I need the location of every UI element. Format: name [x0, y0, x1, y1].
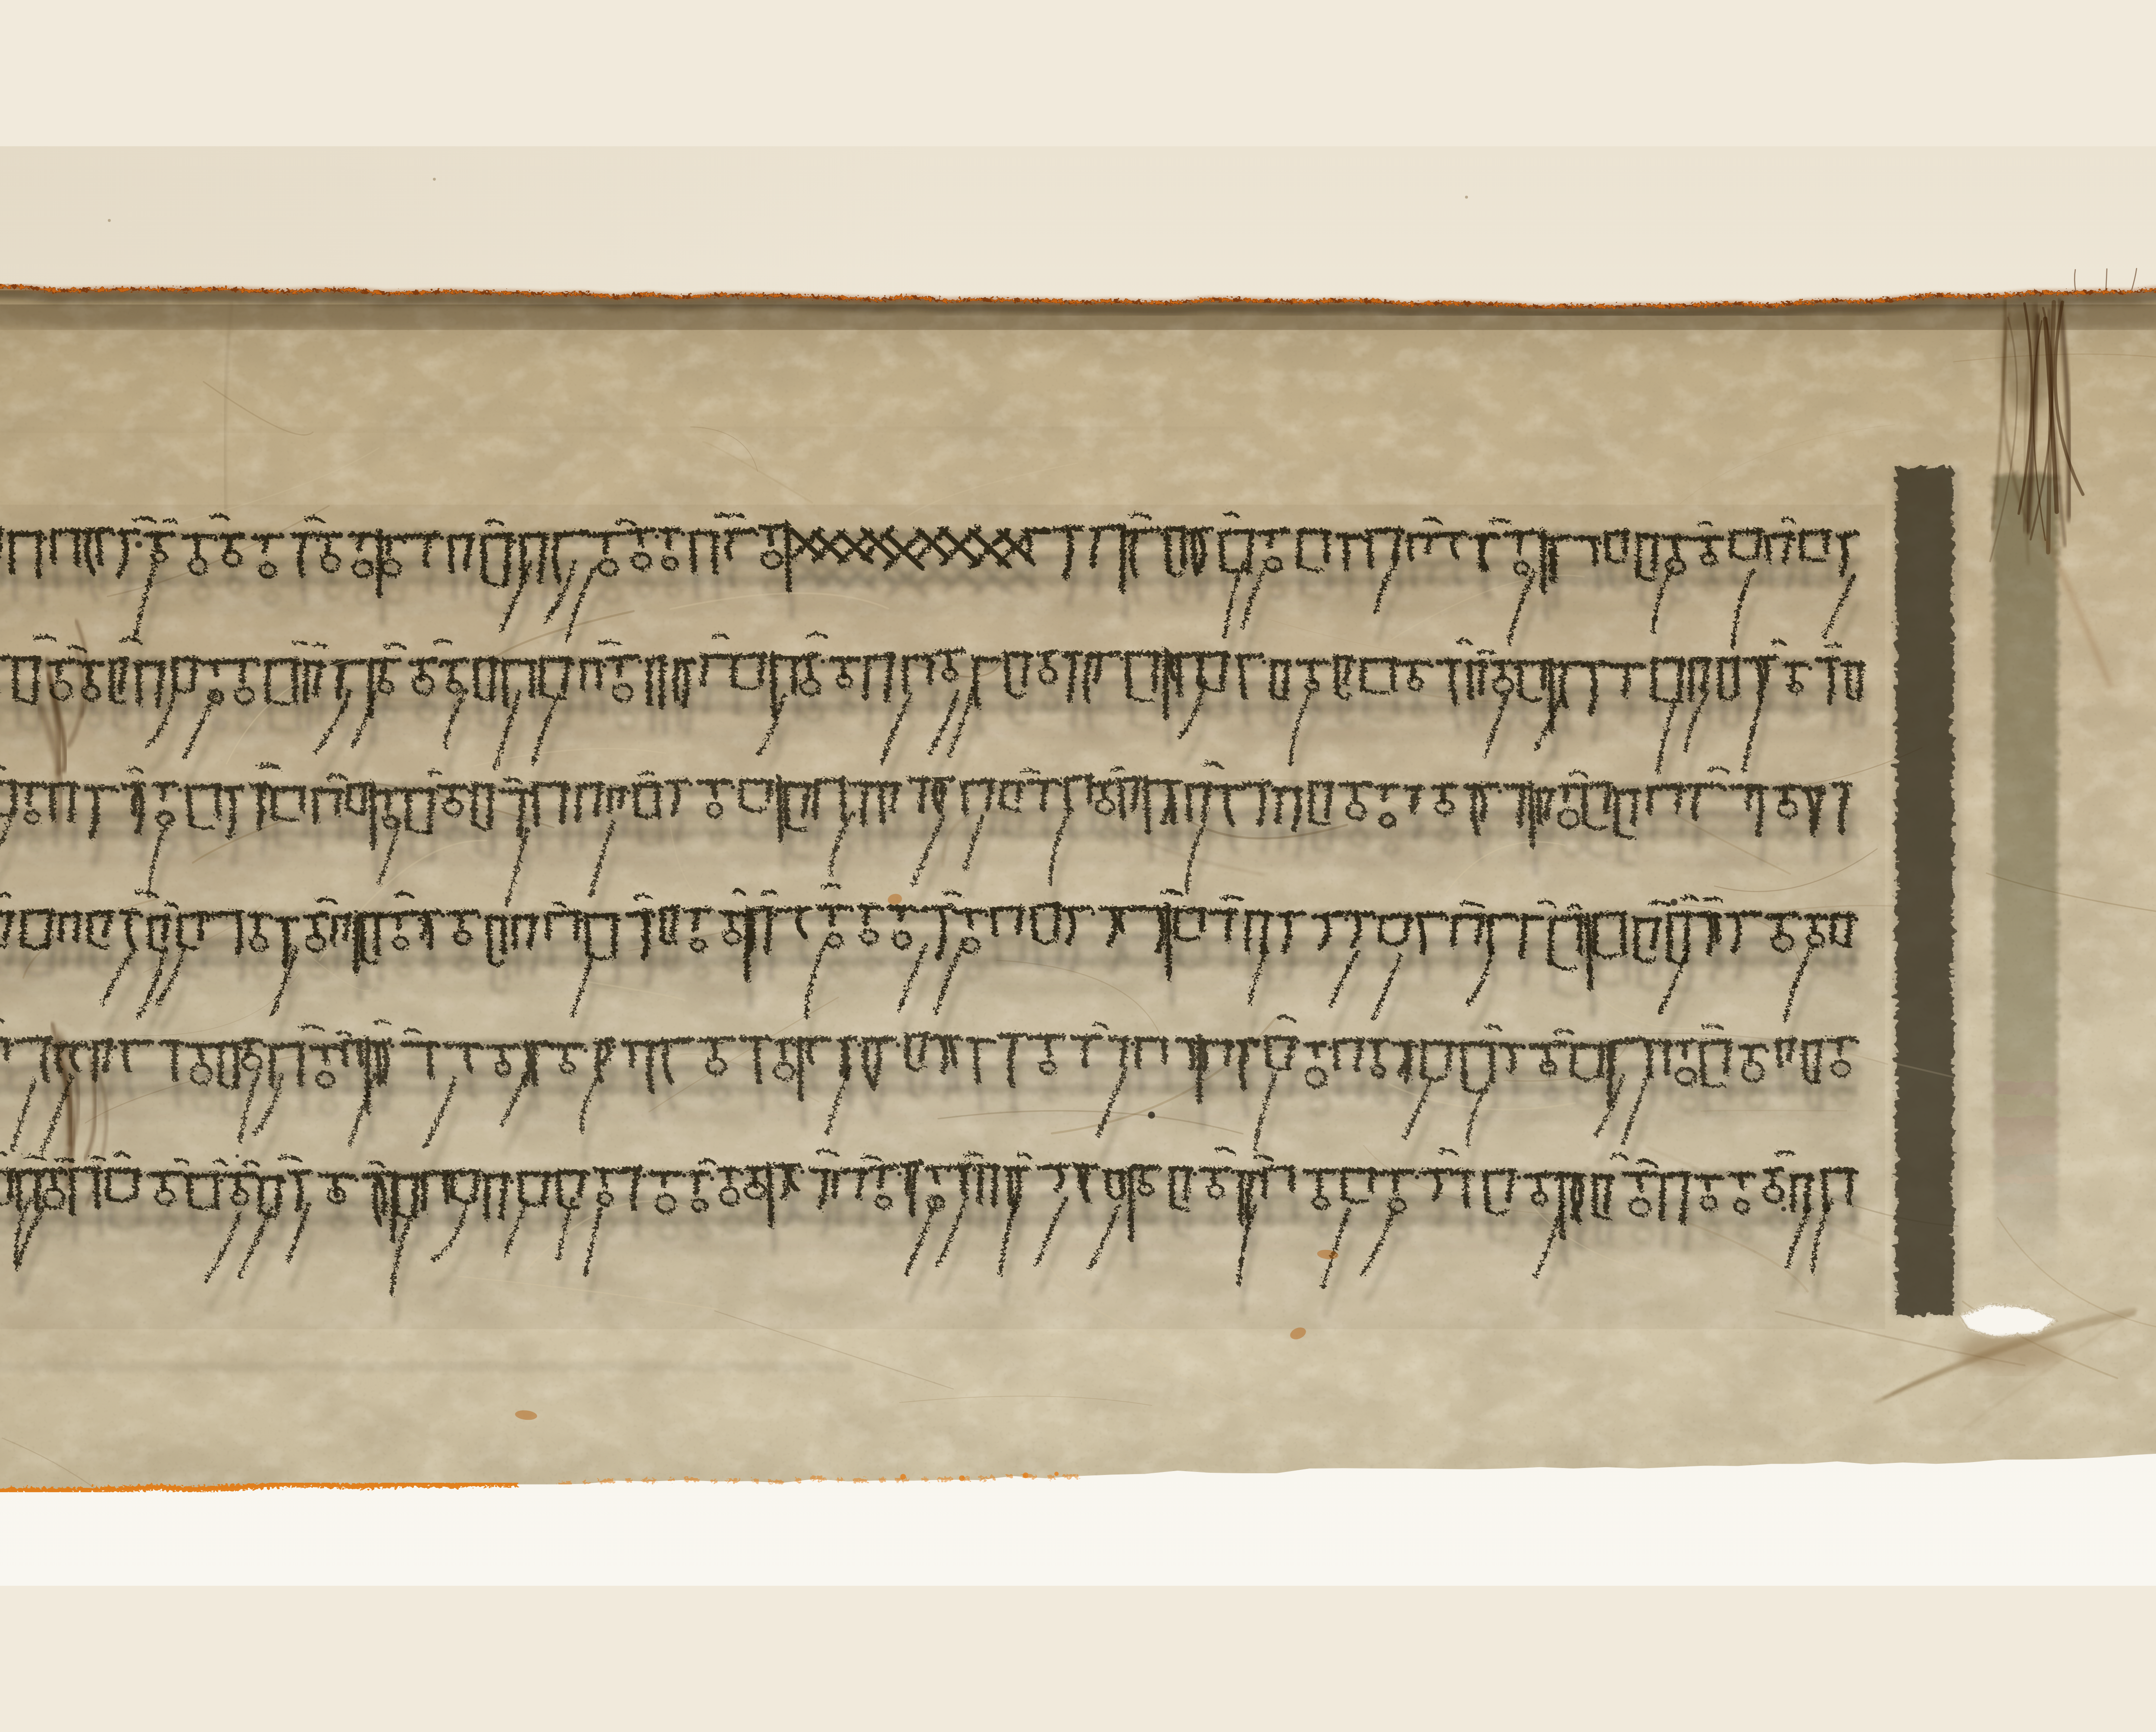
ink-speck: [1253, 1041, 1260, 1048]
frame-right-heavy-smudge: [1893, 468, 1961, 1315]
manuscript-sheet: [0, 268, 2156, 1522]
paper-inner: [0, 282, 2156, 1522]
orange-speck: [1023, 1472, 1028, 1478]
ink-speck: [1781, 1207, 1786, 1212]
artwork-canvas: [0, 0, 2156, 1732]
orange-speck: [1054, 1472, 1059, 1476]
manuscript-photo: [0, 0, 2156, 1732]
frame-right-outer-smudge: [1993, 474, 2058, 1279]
dust-speck: [433, 178, 436, 181]
orange-speck: [900, 1474, 906, 1480]
ink-speck: [158, 544, 163, 549]
ink-speck: [367, 561, 373, 566]
ink-speck: [1148, 1111, 1155, 1119]
margin-echo: [0, 1362, 853, 1372]
text-block: [0, 505, 1885, 1372]
orange-speck: [959, 1475, 965, 1481]
ink-speck: [334, 1192, 340, 1198]
tear-shadow: [1958, 1335, 2065, 1372]
dust-speck: [108, 219, 111, 222]
ink-speck: [1670, 899, 1678, 906]
dust-speck: [1465, 196, 1468, 199]
ink-speck: [135, 541, 142, 548]
ink-speck: [235, 1154, 239, 1158]
